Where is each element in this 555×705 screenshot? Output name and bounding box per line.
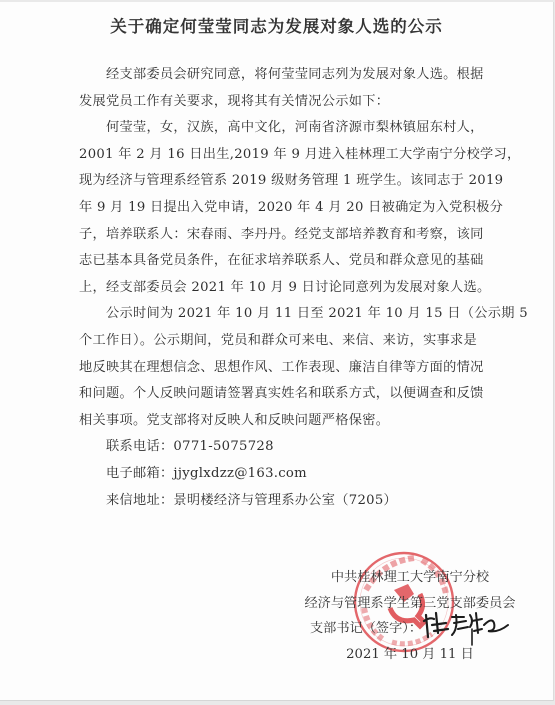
text-line: 子，培养联系人：宋春雨、李丹丹。经党支部培养教育和考察，该同 bbox=[79, 222, 487, 249]
text-line: 个工作日）。公示期间，党员和群众可来电、来信、来访，实事求是 bbox=[79, 328, 487, 355]
text-line: 地反映其在理想信念、思想作风、工作表现、廉洁自律等方面的情况 bbox=[79, 355, 487, 382]
document-body: 经支部委员会研究同意，将何莹莹同志列为发展对象人选。根据 发展党员工作有关要求，… bbox=[79, 62, 487, 514]
paragraph-notice-period: 公示时间为 2021 年 10 月 11 日至 2021 年 10 月 15 日… bbox=[79, 301, 487, 434]
text-line: 发展党员工作有关要求，现将其有关情况公示如下： bbox=[79, 89, 487, 116]
text-line: 公示时间为 2021 年 10 月 11 日至 2021 年 10 月 15 日… bbox=[79, 301, 487, 328]
text-line: 和问题。个人反映问题请签署真实姓名和联系方式，以便调查和反馈 bbox=[79, 381, 487, 408]
text-line: 现为经济与管理系经管系 2019 级财务管理 1 班学生。该同志于 2019 bbox=[79, 168, 487, 195]
text-line: 志已基本具备党员条件，在征求培养联系人、党员和群众意见的基础 bbox=[79, 248, 487, 275]
document-title: 关于确定何莹莹同志为发展对象人选的公示 bbox=[0, 13, 553, 37]
org-name-line2: 经济与管理系学生第三党支部委员会 bbox=[290, 591, 530, 617]
contact-info: 联系电话：0771-5075728 电子邮箱：jjyglxdzz@163.com… bbox=[79, 434, 487, 514]
text-line: 经支部委员会研究同意，将何莹莹同志列为发展对象人选。根据 bbox=[79, 62, 487, 89]
text-line: 何莹莹，女，汉族，高中文化，河南省济源市梨林镇屈东村人， bbox=[79, 115, 487, 142]
document-page: 关于确定何莹莹同志为发展对象人选的公示 经支部委员会研究同意，将何莹莹同志列为发… bbox=[0, 2, 554, 701]
text-line: 年 9 月 19 日提出入党申请，2020 年 4 月 20 日被确定为入党积极… bbox=[79, 195, 487, 222]
sign-date: 2021 年 10 月 11 日 bbox=[290, 642, 530, 668]
text-line: 上，经支部委员会 2021 年 10 月 9 日讨论同意列为发展对象人选。 bbox=[79, 275, 487, 302]
paragraph-intro: 经支部委员会研究同意，将何莹莹同志列为发展对象人选。根据 发展党员工作有关要求，… bbox=[79, 62, 487, 115]
contact-address: 来信地址：景明楼经济与管理系办公室（7205） bbox=[79, 488, 487, 515]
org-name-line1: 中共桂林理工大学南宁分校 bbox=[290, 565, 530, 591]
text-line: 2001 年 2 月 16 日出生,2019 年 9 月进入桂林理工大学南宁分校… bbox=[79, 142, 487, 169]
contact-email: 电子邮箱：jjyglxdzz@163.com bbox=[79, 461, 487, 488]
secretary-label: 支部书记（签字）： bbox=[290, 616, 530, 642]
paragraph-candidate-info: 何莹莹，女，汉族，高中文化，河南省济源市梨林镇屈东村人， 2001 年 2 月 … bbox=[79, 115, 487, 301]
contact-phone: 联系电话：0771-5075728 bbox=[79, 434, 487, 461]
text-line: 相关事项。党支部将对反映人和反映问题严格保密。 bbox=[79, 408, 487, 435]
signature-block: 中共桂林理工大学南宁分校 经济与管理系学生第三党支部委员会 支部书记（签字）： … bbox=[290, 565, 530, 667]
